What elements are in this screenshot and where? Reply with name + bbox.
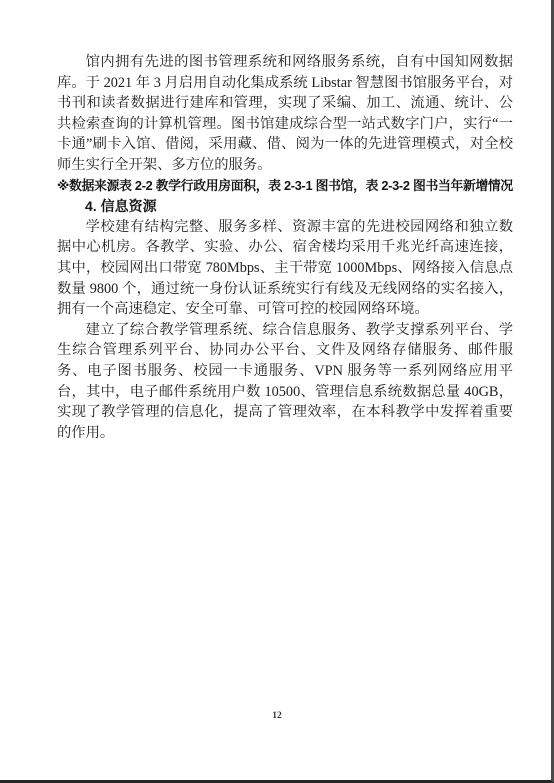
section-heading-information-resources: 4. 信息资源 <box>57 196 513 217</box>
paragraph-application-platforms: 建立了综合教学管理系统、综合信息服务、教学支撑系列平台、学生综合管理系列平台、协… <box>57 320 513 444</box>
page-content: 馆内拥有先进的图书管理系统和网络服务系统，自有中国知网数据库。于 2021 年 … <box>57 52 513 443</box>
paragraph-campus-network: 学校建有结构完整、服务多样、资源丰富的先进校园网络和独立数据中心机房。各教学、实… <box>57 217 513 320</box>
paragraph-library-systems: 馆内拥有先进的图书管理系统和网络服务系统，自有中国知网数据库。于 2021 年 … <box>57 52 513 176</box>
document-page: 馆内拥有先进的图书管理系统和网络服务系统，自有中国知网数据库。于 2021 年 … <box>0 0 554 783</box>
page-number: 12 <box>0 711 554 721</box>
data-source-note: ※数据来源表 2-2 教学行政用房面积，表 2-3-1 图书馆，表 2-3-2 … <box>57 176 513 197</box>
